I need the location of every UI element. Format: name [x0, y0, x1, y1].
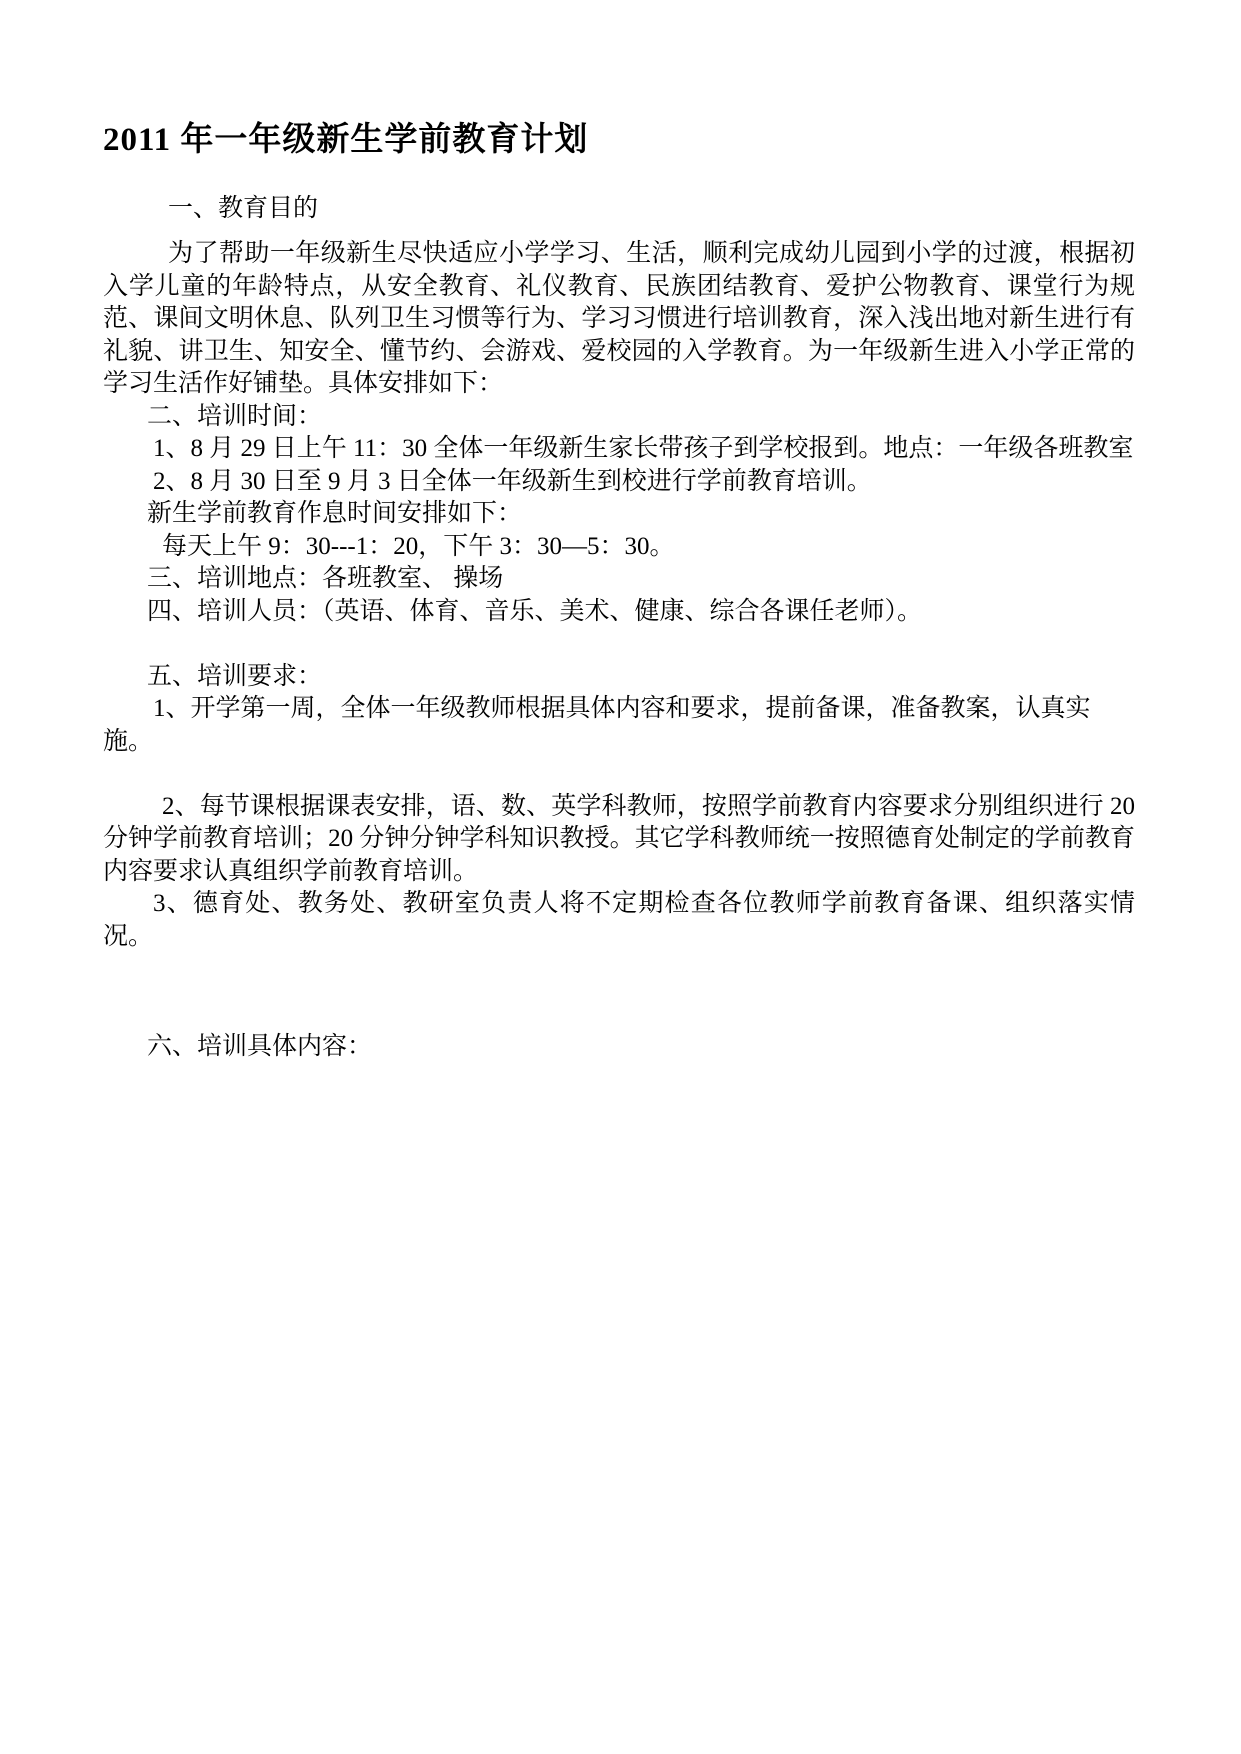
item-requirement-1: 1、开学第一周，全体一年级教师根据具体内容和要求，提前备课，准备教案，认真实施。: [103, 693, 1135, 758]
blank-line: [103, 953, 1135, 986]
section-heading-training-location: 三、培训地点：各班教室、 操场: [103, 563, 1135, 596]
blank-line: [103, 628, 1135, 661]
item-training-time-1: 1、8 月 29 日上午 11：30 全体一年级新生家长带孩子到学校报到。地点：…: [103, 433, 1135, 466]
section-heading-training-requirements: 五、培训要求：: [103, 661, 1135, 694]
item-training-time-2: 2、8 月 30 日至 9 月 3 日全体一年级新生到校进行学前教育培训。: [103, 466, 1135, 499]
line-daily-schedule: 每天上午 9：30---1：20，下午 3：30—5：30。: [103, 531, 1135, 564]
item-requirement-2: 2、每节课根据课表安排，语、数、英学科教师，按照学前教育内容要求分别组织进行 2…: [103, 791, 1135, 889]
paragraph-education-purpose: 为了帮助一年级新生尽快适应小学学习、生活，顺利完成幼儿园到小学的过渡，根据初入学…: [103, 238, 1135, 401]
blank-line: [103, 758, 1135, 791]
item-requirement-3: 3、德育处、教务处、教研室负责人将不定期检查各位教师学前教育备课、组织落实情况。: [103, 888, 1135, 953]
line-schedule-intro: 新生学前教育作息时间安排如下：: [103, 498, 1135, 531]
section-heading-training-content: 六、培训具体内容：: [103, 1031, 1135, 1064]
section-heading-training-staff: 四、培训人员：（英语、体育、音乐、美术、健康、综合各课任老师）。: [103, 596, 1135, 629]
blank-line: [103, 986, 1135, 1031]
section-heading-education-purpose: 一、教育目的: [103, 193, 1135, 226]
section-heading-training-time: 二、培训时间：: [103, 401, 1135, 434]
document-title: 2011 年一年级新生学前教育计划: [103, 118, 1135, 162]
document-page: 2011 年一年级新生学前教育计划 一、教育目的 为了帮助一年级新生尽快适应小学…: [0, 0, 1241, 1754]
